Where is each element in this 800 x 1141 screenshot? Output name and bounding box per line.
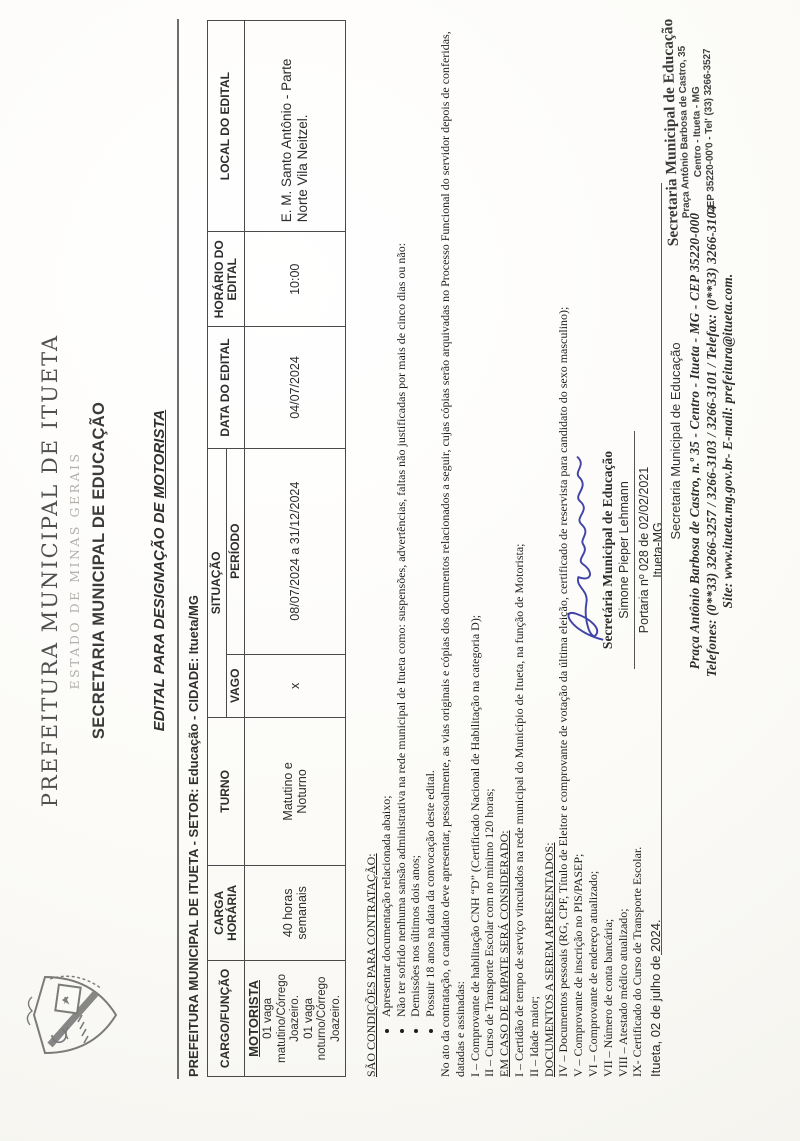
conditions-heading: SÃO CONDIÇÕES PARA CONTRATAÇÃO: <box>364 25 379 1077</box>
cell-data: 04/07/2024 <box>245 327 346 448</box>
condition-bullet: Demissões nos últimos dois anos; <box>408 25 423 1019</box>
conditions-bullet-list: Apresentar documentação relacionada abai… <box>379 25 438 1037</box>
tiebreak-item: II – Idade maior; <box>527 25 542 1077</box>
letterhead-state: ESTADO DE MINAS GERAIS <box>67 0 82 1141</box>
document-page: PREFEITURA MUNICIPAL DE ITUETA ESTADO DE… <box>0 0 800 1141</box>
letterhead: PREFEITURA MUNICIPAL DE ITUETA ESTADO DE… <box>38 0 109 1141</box>
col-header-vago: VAGO <box>226 654 245 717</box>
letterhead-department: SECRETARIA MUNICIPAL DE EDUCAÇÃO <box>90 0 109 1141</box>
condition-bullet: Possuir 18 anos na data da convocação de… <box>423 25 438 1019</box>
cargo-role: MOTORISTA <box>247 964 261 1073</box>
cell-horario: 10:00 <box>245 232 346 327</box>
signer-name: Simone Pieper Lehmann <box>617 385 631 715</box>
scanned-document: PREFEITURA MUNICIPAL DE ITUETA ESTADO DE… <box>0 0 800 1141</box>
table-caption: PREFEITURA MUNICIPAL DE ITUETA - SETOR: … <box>186 595 201 1077</box>
title-divider <box>177 19 179 1079</box>
cell-local: E. M. Santo Antônio - Parte Norte Vila N… <box>245 21 346 232</box>
col-header-carga: CARGA HORÁRIA <box>208 865 245 960</box>
col-header-local: LOCAL DO EDITAL <box>208 21 245 232</box>
contract-paragraph: No ato da contratação, o candidato deve … <box>438 25 468 1077</box>
signer-city: Itueta-MG <box>651 385 665 715</box>
cell-periodo: 08/07/2024 a 31/12/2024 <box>245 448 346 654</box>
document-title-prefix: EDITAL PARA DESIGNAÇÃO DE <box>151 498 168 731</box>
footer-divider <box>661 183 662 955</box>
letterhead-municipality: PREFEITURA MUNICIPAL DE ITUETA <box>38 0 62 1141</box>
condition-bullet: Apresentar documentação relacionada abai… <box>379 25 394 1019</box>
required-item: I – Comprovante de habilitação CNH “D” (… <box>468 25 483 1077</box>
col-header-cargo: CARGO/FUNÇÃO <box>208 960 245 1076</box>
documents-heading: DOCUMENTOS A SEREM APRESENTADOS: <box>542 25 557 1077</box>
col-header-periodo: PERÍODO <box>226 448 245 654</box>
col-header-turno: TURNO <box>208 717 245 865</box>
signature-block: Secretária Municipal de Educação Simone … <box>556 385 665 715</box>
col-header-horario: HORÁRIO DO EDITAL <box>208 232 245 327</box>
table-row: MOTORISTA 01 vaga matutino/Córrego Joaze… <box>245 21 346 1077</box>
table-header-row: CARGO/FUNÇÃO CARGA HORÁRIA TURNO SITUAÇÃ… <box>208 21 227 1077</box>
footer-site-email: Site: www.itueta.mg.gov.br- E-mail: pref… <box>720 71 737 811</box>
tiebreak-heading: EM CASO DE EMPATE SERÁ CONSIDERADO: <box>497 25 512 1077</box>
department-stamp: Secretaria Municipal de Educação Praça A… <box>659 4 720 259</box>
cell-vago: x <box>245 654 346 717</box>
cell-carga: 40 horas semanais <box>245 865 346 960</box>
cell-cargo: MOTORISTA 01 vaga matutino/Córrego Joaze… <box>245 960 346 1076</box>
cell-turno: Matutino e Noturno <box>245 717 346 865</box>
signer-portaria: Portaria nº 028 de 02/02/2021 <box>637 385 651 715</box>
vacancy-table: CARGO/FUNÇÃO CARGA HORÁRIA TURNO SITUAÇÃ… <box>207 20 346 1077</box>
col-header-data: DATA DO EDITAL <box>208 327 245 448</box>
tiebreak-item: I – Certidão de tempo de serviço vincula… <box>512 25 527 1077</box>
condition-bullet: Não ter sofrido nenhuma sansão administr… <box>394 25 409 1019</box>
col-header-situacao: SITUAÇÃO <box>208 448 227 717</box>
document-title-role: MOTORISTA <box>151 410 168 499</box>
required-item: II – Curso de Transporte Escolar com no … <box>482 25 497 1077</box>
document-title: EDITAL PARA DESIGNAÇÃO DE MOTORISTA <box>151 0 168 1141</box>
signature-divider <box>634 431 635 669</box>
